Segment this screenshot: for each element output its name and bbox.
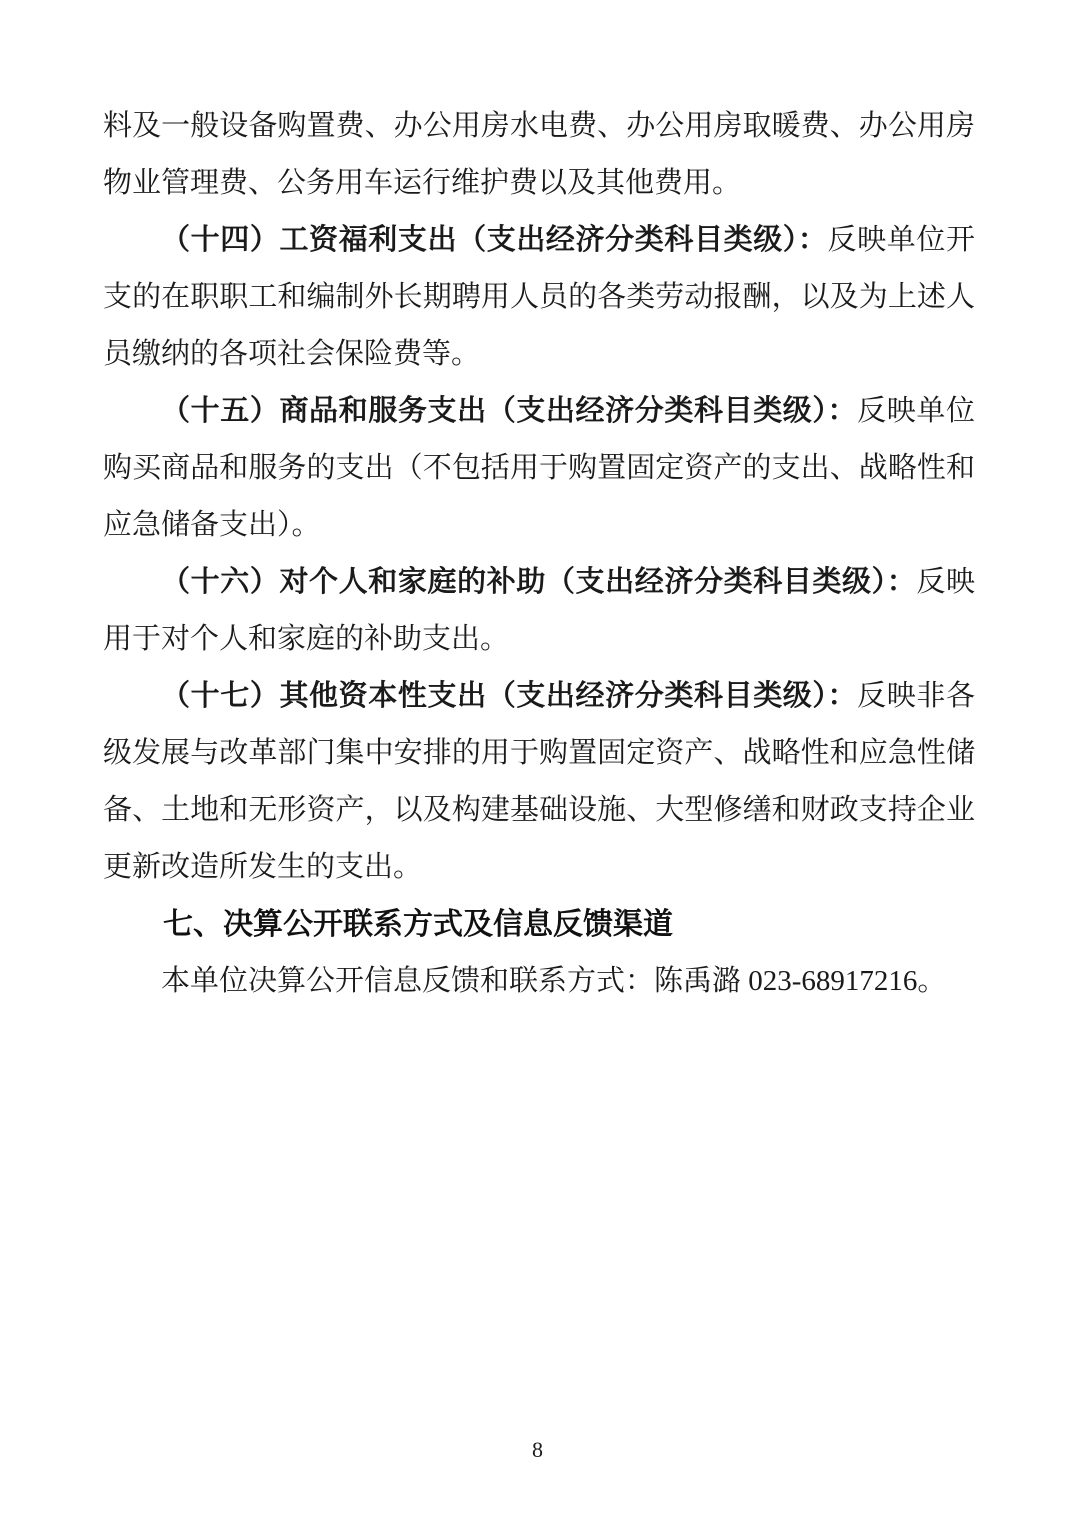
paragraph-contact-text: 本单位决算公开信息反馈和联系方式：陈禹潞 023-68917216。 (161, 965, 946, 997)
paragraph-item-17: （十七）其他资本性支出（支出经济分类科目类级）：反映非各级发展与改革部门集中安排… (103, 668, 975, 896)
document-page: 料及一般设备购置费、办公用房水电费、办公用房取暖费、办公用房物业管理费、公务用车… (0, 0, 1075, 1520)
paragraph-item-14: （十四）工资福利支出（支出经济分类科目类级）：反映单位开支的在职职工和编制外长期… (103, 212, 975, 383)
paragraph-item-15-lead: （十五）商品和服务支出（支出经济分类科目类级）： (161, 395, 857, 427)
paragraph-item-16-lead: （十六）对个人和家庭的补助（支出经济分类科目类级）： (161, 566, 916, 598)
section-heading-7: 七、决算公开联系方式及信息反馈渠道 (103, 896, 975, 953)
paragraph-item-15: （十五）商品和服务支出（支出经济分类科目类级）：反映单位购买商品和服务的支出（不… (103, 383, 975, 554)
document-content: 料及一般设备购置费、办公用房水电费、办公用房取暖费、办公用房物业管理费、公务用车… (103, 98, 975, 1010)
paragraph-continuation-text: 料及一般设备购置费、办公用房水电费、办公用房取暖费、办公用房物业管理费、公务用车… (103, 110, 975, 199)
page-number: 8 (0, 1436, 1075, 1464)
paragraph-item-16: （十六）对个人和家庭的补助（支出经济分类科目类级）：反映用于对个人和家庭的补助支… (103, 554, 975, 668)
paragraph-item-14-lead: （十四）工资福利支出（支出经济分类科目类级）： (161, 224, 828, 256)
paragraph-item-17-lead: （十七）其他资本性支出（支出经济分类科目类级）： (161, 680, 857, 712)
paragraph-contact: 本单位决算公开信息反馈和联系方式：陈禹潞 023-68917216。 (103, 953, 975, 1010)
paragraph-continuation: 料及一般设备购置费、办公用房水电费、办公用房取暖费、办公用房物业管理费、公务用车… (103, 98, 975, 212)
